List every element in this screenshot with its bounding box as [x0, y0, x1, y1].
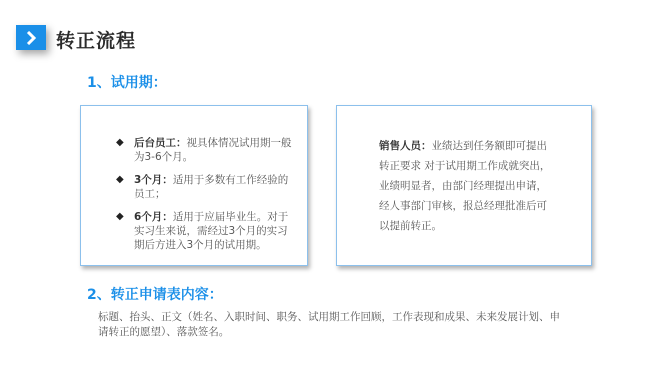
list-item: ◆ 后台员工：视具体情况试用期一般为3-6个月。 — [116, 136, 297, 164]
diamond-bullet-icon: ◆ — [116, 136, 124, 150]
diamond-bullet-icon: ◆ — [116, 173, 124, 187]
probation-list: ◆ 后台员工：视具体情况试用期一般为3-6个月。 ◆ 3个月：适用于多数有工作经… — [116, 136, 297, 261]
section-heading-probation: 1、试用期： — [87, 72, 167, 92]
application-contents-text: 标题、抬头、正文（姓名、入职时间、职务、试用期工作回顾，工作表现和成果、未来发展… — [98, 310, 568, 340]
item-label: 后台员工： — [134, 137, 187, 149]
probation-card-right: 销售人员：业绩达到任务额即可提出转正要求 对于试用期工作成就突出，业绩明显者，由… — [336, 105, 592, 266]
diamond-bullet-icon: ◆ — [116, 210, 124, 224]
list-item: ◆ 3个月：适用于多数有工作经验的员工； — [116, 173, 297, 201]
sales-staff-text: 销售人员：业绩达到任务额即可提出转正要求 对于试用期工作成就突出，业绩明显者，由… — [379, 136, 555, 236]
sales-label: 销售人员： — [379, 140, 432, 152]
section-heading-application: 2、转正申请表内容： — [87, 284, 223, 304]
item-label: 3个月： — [134, 174, 173, 186]
page-title: 转正流程 — [56, 26, 136, 53]
item-label: 6个月： — [134, 211, 173, 223]
chevron-right-icon — [16, 25, 46, 50]
sales-text: 业绩达到任务额即可提出转正要求 对于试用期工作成就突出，业绩明显者，由部门经理提… — [379, 140, 550, 232]
list-item: ◆ 6个月：适用于应届毕业生。对于实习生来说，需经过3个月的实习期后方进入3个月… — [116, 210, 297, 252]
probation-card-left: ◆ 后台员工：视具体情况试用期一般为3-6个月。 ◆ 3个月：适用于多数有工作经… — [80, 105, 308, 266]
